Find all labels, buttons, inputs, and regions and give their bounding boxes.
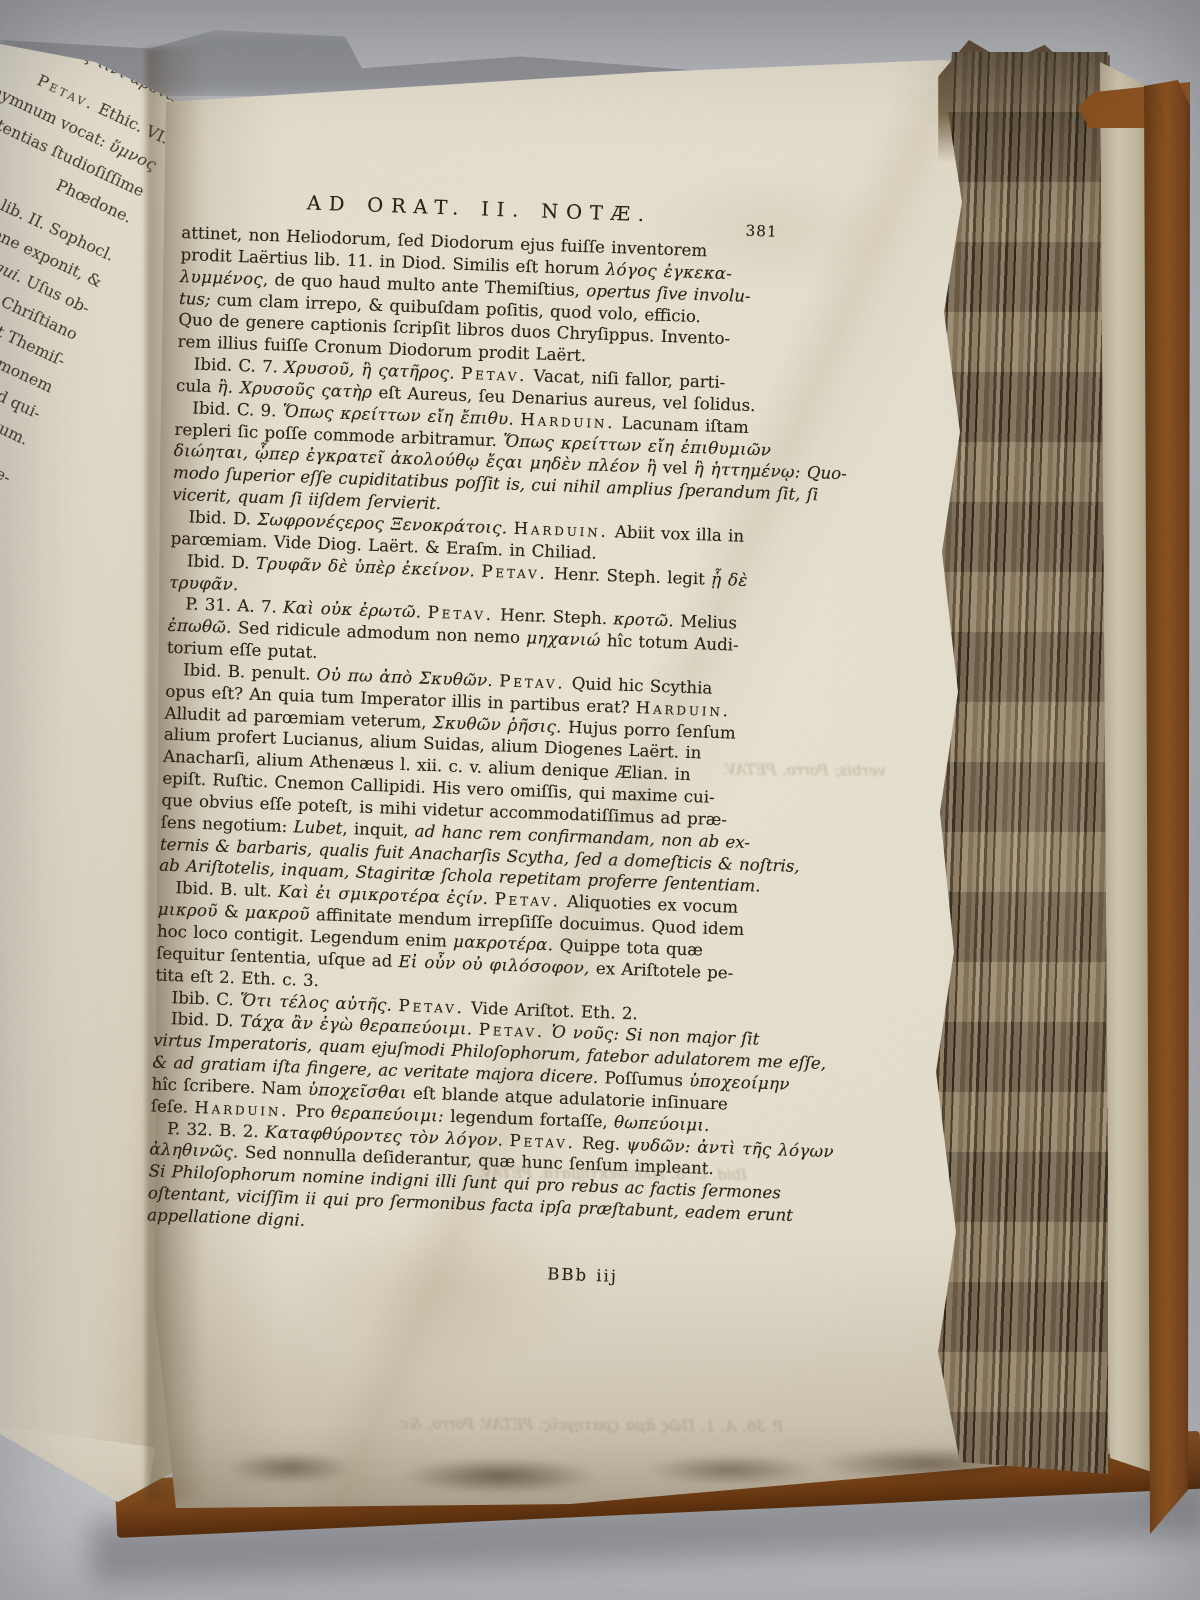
text-segment: ἢ. Χρυσοῦς ςατὴρ — [217, 377, 372, 401]
text-segment: opertus ſive involu- — [586, 281, 751, 306]
text-segment: Petav. — [499, 671, 566, 692]
text-segment: Petav. — [398, 996, 465, 1017]
text-segment: P. 31. A. 7. — [185, 595, 283, 617]
text-segment: hîc ſcribere. Nam — [151, 1074, 308, 1098]
text-segment: Lubet — [293, 817, 342, 838]
text-segment: Petav. — [481, 561, 548, 582]
text-segment: Harduin. — [513, 519, 609, 541]
text-segment: Εἰ οὖν οὐ φιλόσοφον, — [398, 952, 590, 978]
text-segment: tita eſt 2. Eth. c. 3. — [155, 965, 319, 990]
text-segment: Ibid. D. — [187, 551, 257, 572]
text-segment: μικροῦ — [157, 900, 218, 921]
text-segment: κροτῶ. — [613, 610, 674, 631]
text-segment: Henr. Steph. — [494, 605, 614, 628]
text-segment: Ibid. D. — [188, 507, 258, 528]
text-segment: Quippe tota quæ — [553, 935, 703, 959]
text-segment: vel — [656, 458, 694, 478]
text-segment: μακροῦ — [245, 903, 310, 924]
text-segment: λυμμένος — [180, 267, 264, 289]
text-segment: Quid hic Scythia — [565, 674, 713, 698]
text-segment: Petav. — [461, 364, 528, 385]
text-segment: Petav. — [478, 1020, 545, 1041]
text-segment: Pro — [289, 1101, 331, 1121]
text-segment: ὑποχεῖσθαι — [308, 1080, 407, 1102]
text-segment: Reg. — [575, 1133, 626, 1154]
text-segment: μακροτέρα. — [453, 932, 554, 954]
signature-mark: BBb iij — [547, 1263, 618, 1287]
text-segment: ἢ ἡττημένῳ: — [693, 459, 801, 482]
text-segment: Σκυθῶν ῥῆσις. — [433, 713, 563, 736]
text-segment: P. 32. B. 2. — [167, 1119, 265, 1141]
text-segment: tus; — [179, 288, 211, 308]
text-segment: Petav. — [509, 1131, 576, 1152]
text-segment: Lacunam iſtam — [615, 413, 749, 437]
text-segment: ἐπωθῶ. — [167, 616, 232, 637]
text-segment: Harduin. — [194, 1098, 290, 1120]
text-segment: θωπεύοιμι. — [614, 1112, 710, 1134]
text-segment: θεραπεύοιμι: — [331, 1102, 445, 1125]
text-segment: Harduin. — [520, 410, 616, 432]
page-number: 381 — [745, 221, 778, 244]
text-segment: appellatione digni. — [147, 1205, 306, 1230]
show-through-text: P. 36. A. 1. Πῶς ἅμα ϛρατηγεῖς. PETAV. P… — [395, 1413, 784, 1438]
text-segment: Poſſumus — [598, 1068, 690, 1090]
text-segment: Καὶ οὐκ ἐρωτῶ. — [283, 598, 422, 622]
text-segment: Petav. — [494, 890, 561, 911]
text-segment: cula — [176, 376, 218, 396]
text-segment: Harduin. — [636, 698, 732, 720]
body-text-lines: attinet, non Heliodorum, ſed Diodorum ej… — [147, 222, 776, 1247]
text-segment: ſeſe. — [151, 1096, 195, 1117]
printed-text-block: AD ORAT. II. NOTÆ. 381 attinet, non Heli… — [147, 188, 777, 1247]
text-segment: Ibid. D. — [171, 1009, 241, 1030]
tattered-page-edges — [930, 52, 1108, 1474]
leather-cover-right-edge — [1144, 80, 1194, 1534]
text-segment: hîc totum Audi- — [600, 631, 739, 655]
text-segment: μηχανιώ — [526, 628, 601, 650]
text-segment: Ibib. C. — [171, 988, 240, 1009]
text-segment: Abiit vox illa in — [608, 522, 744, 546]
show-through-text: verbis; Porro. PETAV. — [723, 759, 886, 782]
text-segment: ſens negotium: — [161, 812, 294, 836]
text-segment: Petav. — [427, 603, 494, 624]
text-segment: λόγος ἐγκεκα- — [605, 260, 732, 283]
text-segment: τρυφᾶν. — [169, 572, 239, 593]
text-segment: Ibid. C. 7. — [194, 355, 285, 377]
book-photograph: I. NOTÆ.Henr. Steph. ἀπηχές τινι ἀρετάςP… — [0, 0, 1200, 1600]
text-segment: Ὁ νοῦς: — [545, 1023, 620, 1045]
text-segment: Ibid. B. ult. — [175, 878, 278, 901]
text-segment: Henr. Steph. legit — [547, 564, 711, 589]
text-segment: ὑποχεοίμην — [689, 1071, 790, 1093]
text-segment: torium eſſe putat. — [167, 638, 318, 662]
text-segment: Quo- — [800, 463, 847, 484]
text-segment: Si non major ſit — [619, 1025, 760, 1049]
text-segment: Melius — [674, 612, 738, 633]
text-segment: , inquit, — [342, 819, 415, 841]
text-segment: Ibid. B. penult. — [183, 660, 317, 684]
text-segment: ex Ariſtotele pe- — [589, 959, 733, 983]
text-segment: Ibid. C. 9. — [192, 398, 283, 420]
show-through-text: Ibid. C. 8. Πλεονεκτήματα. PETAV. — [479, 1162, 747, 1186]
text-segment: ᾗ δὲ — [711, 569, 748, 589]
text-segment: ἀληθινῶς. — [149, 1140, 239, 1162]
text-segment: & — [217, 902, 245, 922]
